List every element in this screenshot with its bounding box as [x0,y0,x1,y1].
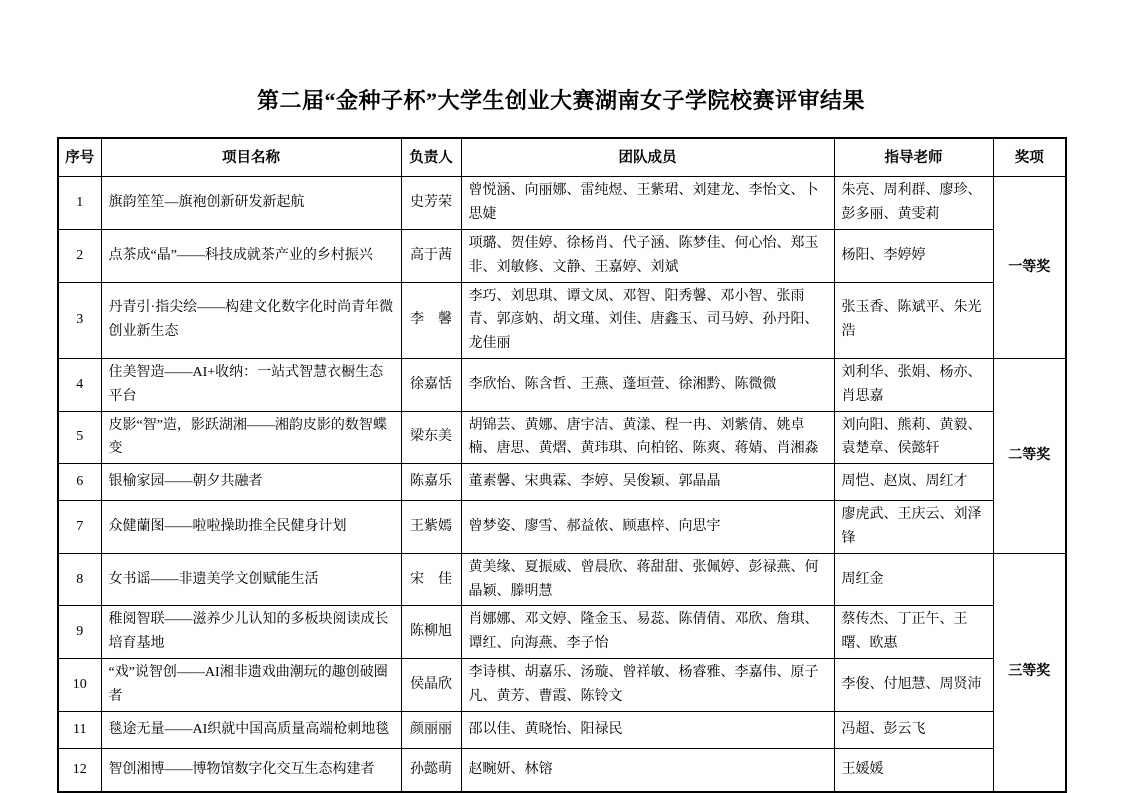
cell-team: 胡锦芸、黄娜、唐宇洁、黄漾、程一冉、刘紫倩、姚卓楠、唐思、黄熠、黄玮琪、向柏铭、… [461,411,834,464]
cell-leader: 陈柳旭 [401,606,461,659]
results-table: 序号 项目名称 负责人 团队成员 指导老师 奖项 1 旗韵笙笙—旗袍创新研发新起… [57,137,1067,793]
cell-team: 曾悦涵、向丽娜、雷纯煜、王紫珺、刘建龙、李怡文、卜思婕 [461,177,834,230]
cell-leader: 徐嘉恬 [401,358,461,411]
cell-leader: 史芳荣 [401,177,461,230]
table-row: 7 众健蘭图——啦啦操助推全民健身计划 王紫嫣 曾梦姿、廖雪、郝益侬、顾惠梓、向… [58,501,1066,554]
cell-leader: 王紫嫣 [401,501,461,554]
cell-leader: 孙懿萌 [401,748,461,792]
table-row: 6 银榆家园——朝夕共融者 陈嘉乐 董素馨、宋典霖、李婷、吴俊颖、郭晶晶 周恺、… [58,464,1066,501]
col-header-leader: 负责人 [401,138,461,177]
cell-no: 4 [58,358,101,411]
cell-team: 董素馨、宋典霖、李婷、吴俊颖、郭晶晶 [461,464,834,501]
cell-leader: 高于茜 [401,229,461,282]
cell-no: 10 [58,658,101,711]
cell-project: 女书谣——非遗美学文创赋能生活 [101,553,401,606]
cell-advisors: 刘向阳、熊莉、黄毅、袁楚章、侯懿轩 [834,411,993,464]
cell-advisors: 周恺、赵岚、周红才 [834,464,993,501]
cell-no: 12 [58,748,101,792]
cell-project: 点茶成“晶”——科技成就茶产业的乡村振兴 [101,229,401,282]
cell-team: 邵以佳、黄晓怡、阳禄民 [461,711,834,748]
cell-leader: 侯晶欣 [401,658,461,711]
cell-team: 李诗棋、胡嘉乐、汤璇、曾祥敏、杨睿雅、李嘉伟、原子凡、黄芳、曹霞、陈铃文 [461,658,834,711]
col-header-no: 序号 [58,138,101,177]
cell-award-second-prize: 二等奖 [993,358,1066,553]
cell-no: 5 [58,411,101,464]
cell-leader: 李 馨 [401,282,461,358]
cell-leader: 陈嘉乐 [401,464,461,501]
cell-team: 李巧、刘思琪、谭文凤、邓智、阳秀馨、邓小智、张雨青、郭彦妠、胡文瑾、刘佳、唐鑫玉… [461,282,834,358]
col-header-project: 项目名称 [101,138,401,177]
cell-project: 智创湘博——博物馆数字化交互生态构建者 [101,748,401,792]
cell-project: 稚阅智联——滋养少儿认知的多板块阅读成长培育基地 [101,606,401,659]
cell-no: 9 [58,606,101,659]
cell-advisors: 李俊、付旭慧、周贤沛 [834,658,993,711]
cell-team: 黄美缘、夏振威、曾晨欣、蒋甜甜、张佩婷、彭禄燕、何晶颖、滕明慧 [461,553,834,606]
cell-team: 赵畹妍、林镕 [461,748,834,792]
table-row: 11 毯途无量——AI织就中国高质量高端枪刺地毯 颜丽丽 邵以佳、黄晓怡、阳禄民… [58,711,1066,748]
cell-no: 11 [58,711,101,748]
col-header-advisors: 指导老师 [834,138,993,177]
table-row: 12 智创湘博——博物馆数字化交互生态构建者 孙懿萌 赵畹妍、林镕 王媛媛 [58,748,1066,792]
cell-team: 肖娜娜、邓文婷、隆金玉、易蕊、陈倩倩、邓欣、詹琪、谭红、向海燕、李子怡 [461,606,834,659]
cell-project: 皮影“智”造，影跃湖湘——湘韵皮影的数智蝶变 [101,411,401,464]
table-row: 8 女书谣——非遗美学文创赋能生活 宋 佳 黄美缘、夏振威、曾晨欣、蒋甜甜、张佩… [58,553,1066,606]
col-header-team: 团队成员 [461,138,834,177]
cell-leader: 宋 佳 [401,553,461,606]
page-title: 第二届“金种子杯”大学生创业大赛湖南女子学院校赛评审结果 [57,88,1065,114]
cell-project: 银榆家园——朝夕共融者 [101,464,401,501]
cell-no: 7 [58,501,101,554]
table-row: 1 旗韵笙笙—旗袍创新研发新起航 史芳荣 曾悦涵、向丽娜、雷纯煜、王紫珺、刘建龙… [58,177,1066,230]
cell-advisors: 张玉香、陈斌平、朱光浩 [834,282,993,358]
cell-leader: 颜丽丽 [401,711,461,748]
table-header-row: 序号 项目名称 负责人 团队成员 指导老师 奖项 [58,138,1066,177]
cell-project: 丹青引·指尖绘——构建文化数字化时尚青年微创业新生态 [101,282,401,358]
cell-advisors: 周红金 [834,553,993,606]
cell-project: 众健蘭图——啦啦操助推全民健身计划 [101,501,401,554]
cell-leader: 梁东美 [401,411,461,464]
cell-advisors: 朱亮、周利群、廖珍、彭多丽、黄雯莉 [834,177,993,230]
table-row: 10 “戏”说智创——AI湘非遗戏曲潮玩的趣创破圈者 侯晶欣 李诗棋、胡嘉乐、汤… [58,658,1066,711]
cell-advisors: 刘利华、张娟、杨亦、肖思嘉 [834,358,993,411]
cell-project: “戏”说智创——AI湘非遗戏曲潮玩的趣创破圈者 [101,658,401,711]
cell-no: 6 [58,464,101,501]
cell-advisors: 冯超、彭云飞 [834,711,993,748]
cell-project: 住美智造——AI+收纳：一站式智慧衣橱生态平台 [101,358,401,411]
cell-no: 3 [58,282,101,358]
cell-no: 8 [58,553,101,606]
cell-team: 李欣怡、陈含哲、王燕、蓬垣萱、徐湘黔、陈微微 [461,358,834,411]
cell-award-first-prize: 一等奖 [993,177,1066,359]
table-row: 9 稚阅智联——滋养少儿认知的多板块阅读成长培育基地 陈柳旭 肖娜娜、邓文婷、隆… [58,606,1066,659]
table-row: 4 住美智造——AI+收纳：一站式智慧衣橱生态平台 徐嘉恬 李欣怡、陈含哲、王燕… [58,358,1066,411]
cell-project: 旗韵笙笙—旗袍创新研发新起航 [101,177,401,230]
cell-advisors: 王媛媛 [834,748,993,792]
cell-advisors: 杨阳、李婷婷 [834,229,993,282]
cell-no: 2 [58,229,101,282]
table-row: 2 点茶成“晶”——科技成就茶产业的乡村振兴 高于茜 项璐、贺佳婷、徐杨肖、代子… [58,229,1066,282]
table-row: 3 丹青引·指尖绘——构建文化数字化时尚青年微创业新生态 李 馨 李巧、刘思琪、… [58,282,1066,358]
cell-no: 1 [58,177,101,230]
table-row: 5 皮影“智”造，影跃湖湘——湘韵皮影的数智蝶变 梁东美 胡锦芸、黄娜、唐宇洁、… [58,411,1066,464]
cell-project: 毯途无量——AI织就中国高质量高端枪刺地毯 [101,711,401,748]
cell-team: 曾梦姿、廖雪、郝益侬、顾惠梓、向思宇 [461,501,834,554]
cell-award-third-prize: 三等奖 [993,553,1066,792]
cell-advisors: 蔡传杰、丁正午、王曙、欧惠 [834,606,993,659]
cell-team: 项璐、贺佳婷、徐杨肖、代子涵、陈梦佳、何心怡、郑玉非、刘敏修、文静、王嘉婷、刘斌 [461,229,834,282]
cell-advisors: 廖虎武、王庆云、刘泽锋 [834,501,993,554]
col-header-award: 奖项 [993,138,1066,177]
